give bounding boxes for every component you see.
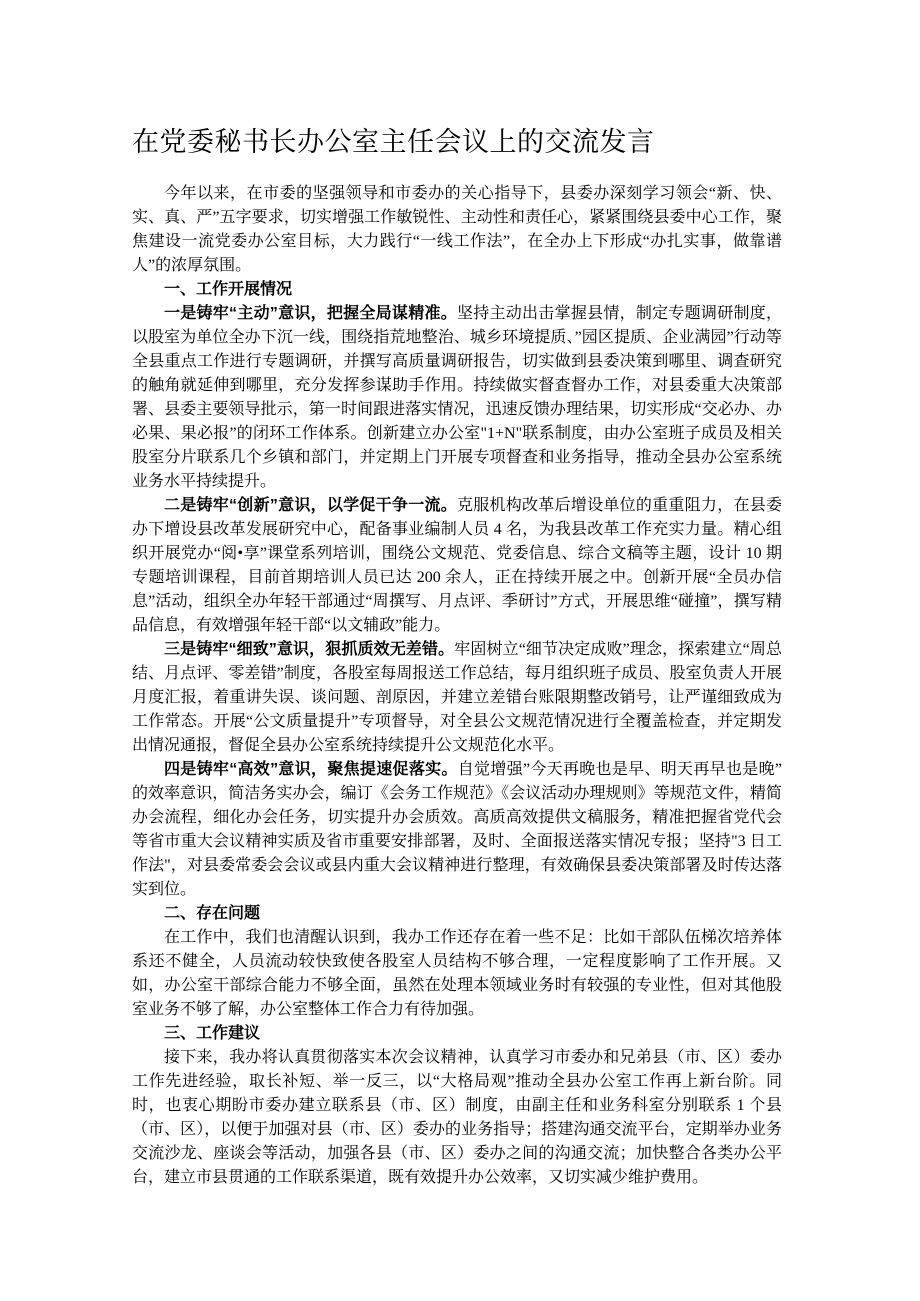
- document-title: 在党委秘书长办公室主任会议上的交流发言: [132, 126, 782, 158]
- paragraph: 接下来，我办将认真贯彻落实本次会议精神，认真学习市委办和兄弟县（市、区）委办工作…: [132, 1046, 782, 1190]
- document-body: 今年以来，在市委的坚强领导和市委办的关心指导下，县委办深刻学习领会“新、快、实、…: [132, 182, 782, 1190]
- paragraph: 一是铸牢“主动”意识，把握全局谋精准。坚持主动出击掌握县情，制定专题调研制度，以…: [132, 302, 782, 494]
- document-page: 在党委秘书长办公室主任会议上的交流发言 今年以来，在市委的坚强领导和市委办的关心…: [0, 0, 920, 1301]
- paragraph-lead: 四是铸牢“高效”意识，聚焦提速促落实。: [164, 761, 458, 778]
- paragraph: 今年以来，在市委的坚强领导和市委办的关心指导下，县委办深刻学习领会“新、快、实、…: [132, 182, 782, 278]
- section-heading: 一、工作开展情况: [132, 278, 782, 302]
- paragraph: 在工作中，我们也清醒认识到，我办工作还存在着一些不足：比如干部队伍梯次培养体系还…: [132, 926, 782, 1022]
- document-content: 在党委秘书长办公室主任会议上的交流发言 今年以来，在市委的坚强领导和市委办的关心…: [132, 126, 782, 1190]
- paragraph-lead: 二是铸牢“创新”意识，以学促干争一流。: [164, 497, 457, 514]
- paragraph-lead: 三是铸牢“细致”意识，狠抓质效无差错。: [164, 641, 454, 658]
- paragraph-lead: 一是铸牢“主动”意识，把握全局谋精准。: [164, 305, 457, 322]
- paragraph: 三是铸牢“细致”意识，狠抓质效无差错。牢固树立“细节决定成败”理念，探索建立“周…: [132, 638, 782, 758]
- paragraph: 四是铸牢“高效”意识，聚焦提速促落实。自觉增强”今天再晚也是早、明天再早也是晚”…: [132, 758, 782, 902]
- section-heading: 二、存在问题: [132, 902, 782, 926]
- paragraph: 二是铸牢“创新”意识，以学促干争一流。克服机构改革后增设单位的重重阻力，在县委办…: [132, 494, 782, 638]
- section-heading: 三、工作建议: [132, 1022, 782, 1046]
